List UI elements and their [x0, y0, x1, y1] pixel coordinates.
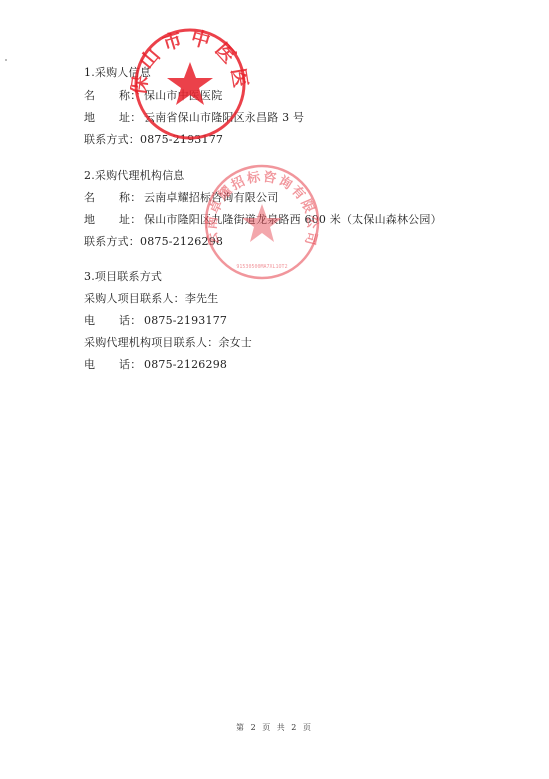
- section1-name-row: 名称：保山市中医医院: [84, 89, 222, 103]
- section2-address-row: 地址：保山市隆阳区九隆街道龙泉路西 600 米（太保山森林公园）: [84, 213, 442, 227]
- section3-heading: 3.项目联系方式: [84, 270, 162, 284]
- section1-address-row: 地址：云南省保山市隆阳区永昌路 3 号: [84, 111, 304, 125]
- agency-phone: 0875-2126298: [144, 358, 227, 371]
- svg-text:保山市中医医院: 保山市中医医院: [130, 22, 250, 96]
- buyer-contact-person-row: 采购人项目联系人：李先生: [84, 292, 218, 306]
- agency-contact: 0875-2126298: [140, 235, 223, 248]
- buyer-contact-person: 李先生: [185, 292, 219, 305]
- section2-contact-row: 联系方式：0875-2126298: [84, 235, 223, 249]
- section2-heading: 2.采购代理机构信息: [84, 169, 185, 183]
- section1-heading: 1.采购人信息: [84, 66, 151, 80]
- section1-contact-row: 联系方式：0875-2193177: [84, 133, 223, 147]
- buyer-phone-row: 电话：0875-2193177: [84, 314, 227, 328]
- document-page: 1.采购人信息 名称：保山市中医医院 地址：云南省保山市隆阳区永昌路 3 号 联…: [0, 0, 549, 779]
- agency-name: 云南卓耀招标咨询有限公司: [144, 191, 278, 204]
- agency-contact-person-row: 采购代理机构项目联系人：余女士: [84, 336, 252, 350]
- agency-address: 保山市隆阳区九隆街道龙泉路西 600 米（太保山森林公园）: [144, 213, 442, 226]
- margin-mark: [5, 59, 7, 61]
- agency-phone-row: 电话：0875-2126298: [84, 358, 227, 372]
- page-footer: 第 2 页 共 2 页: [0, 722, 549, 733]
- buyer-name: 保山市中医医院: [144, 89, 222, 102]
- section2-name-row: 名称：云南卓耀招标咨询有限公司: [84, 191, 278, 205]
- agency-contact-person: 余女士: [218, 336, 252, 349]
- buyer-address: 云南省保山市隆阳区永昌路 3 号: [144, 111, 304, 124]
- buyer-phone: 0875-2193177: [144, 314, 227, 327]
- svg-text:91530500MA7XL1OT2: 91530500MA7XL1OT2: [236, 264, 287, 270]
- buyer-contact: 0875-2193177: [140, 133, 223, 146]
